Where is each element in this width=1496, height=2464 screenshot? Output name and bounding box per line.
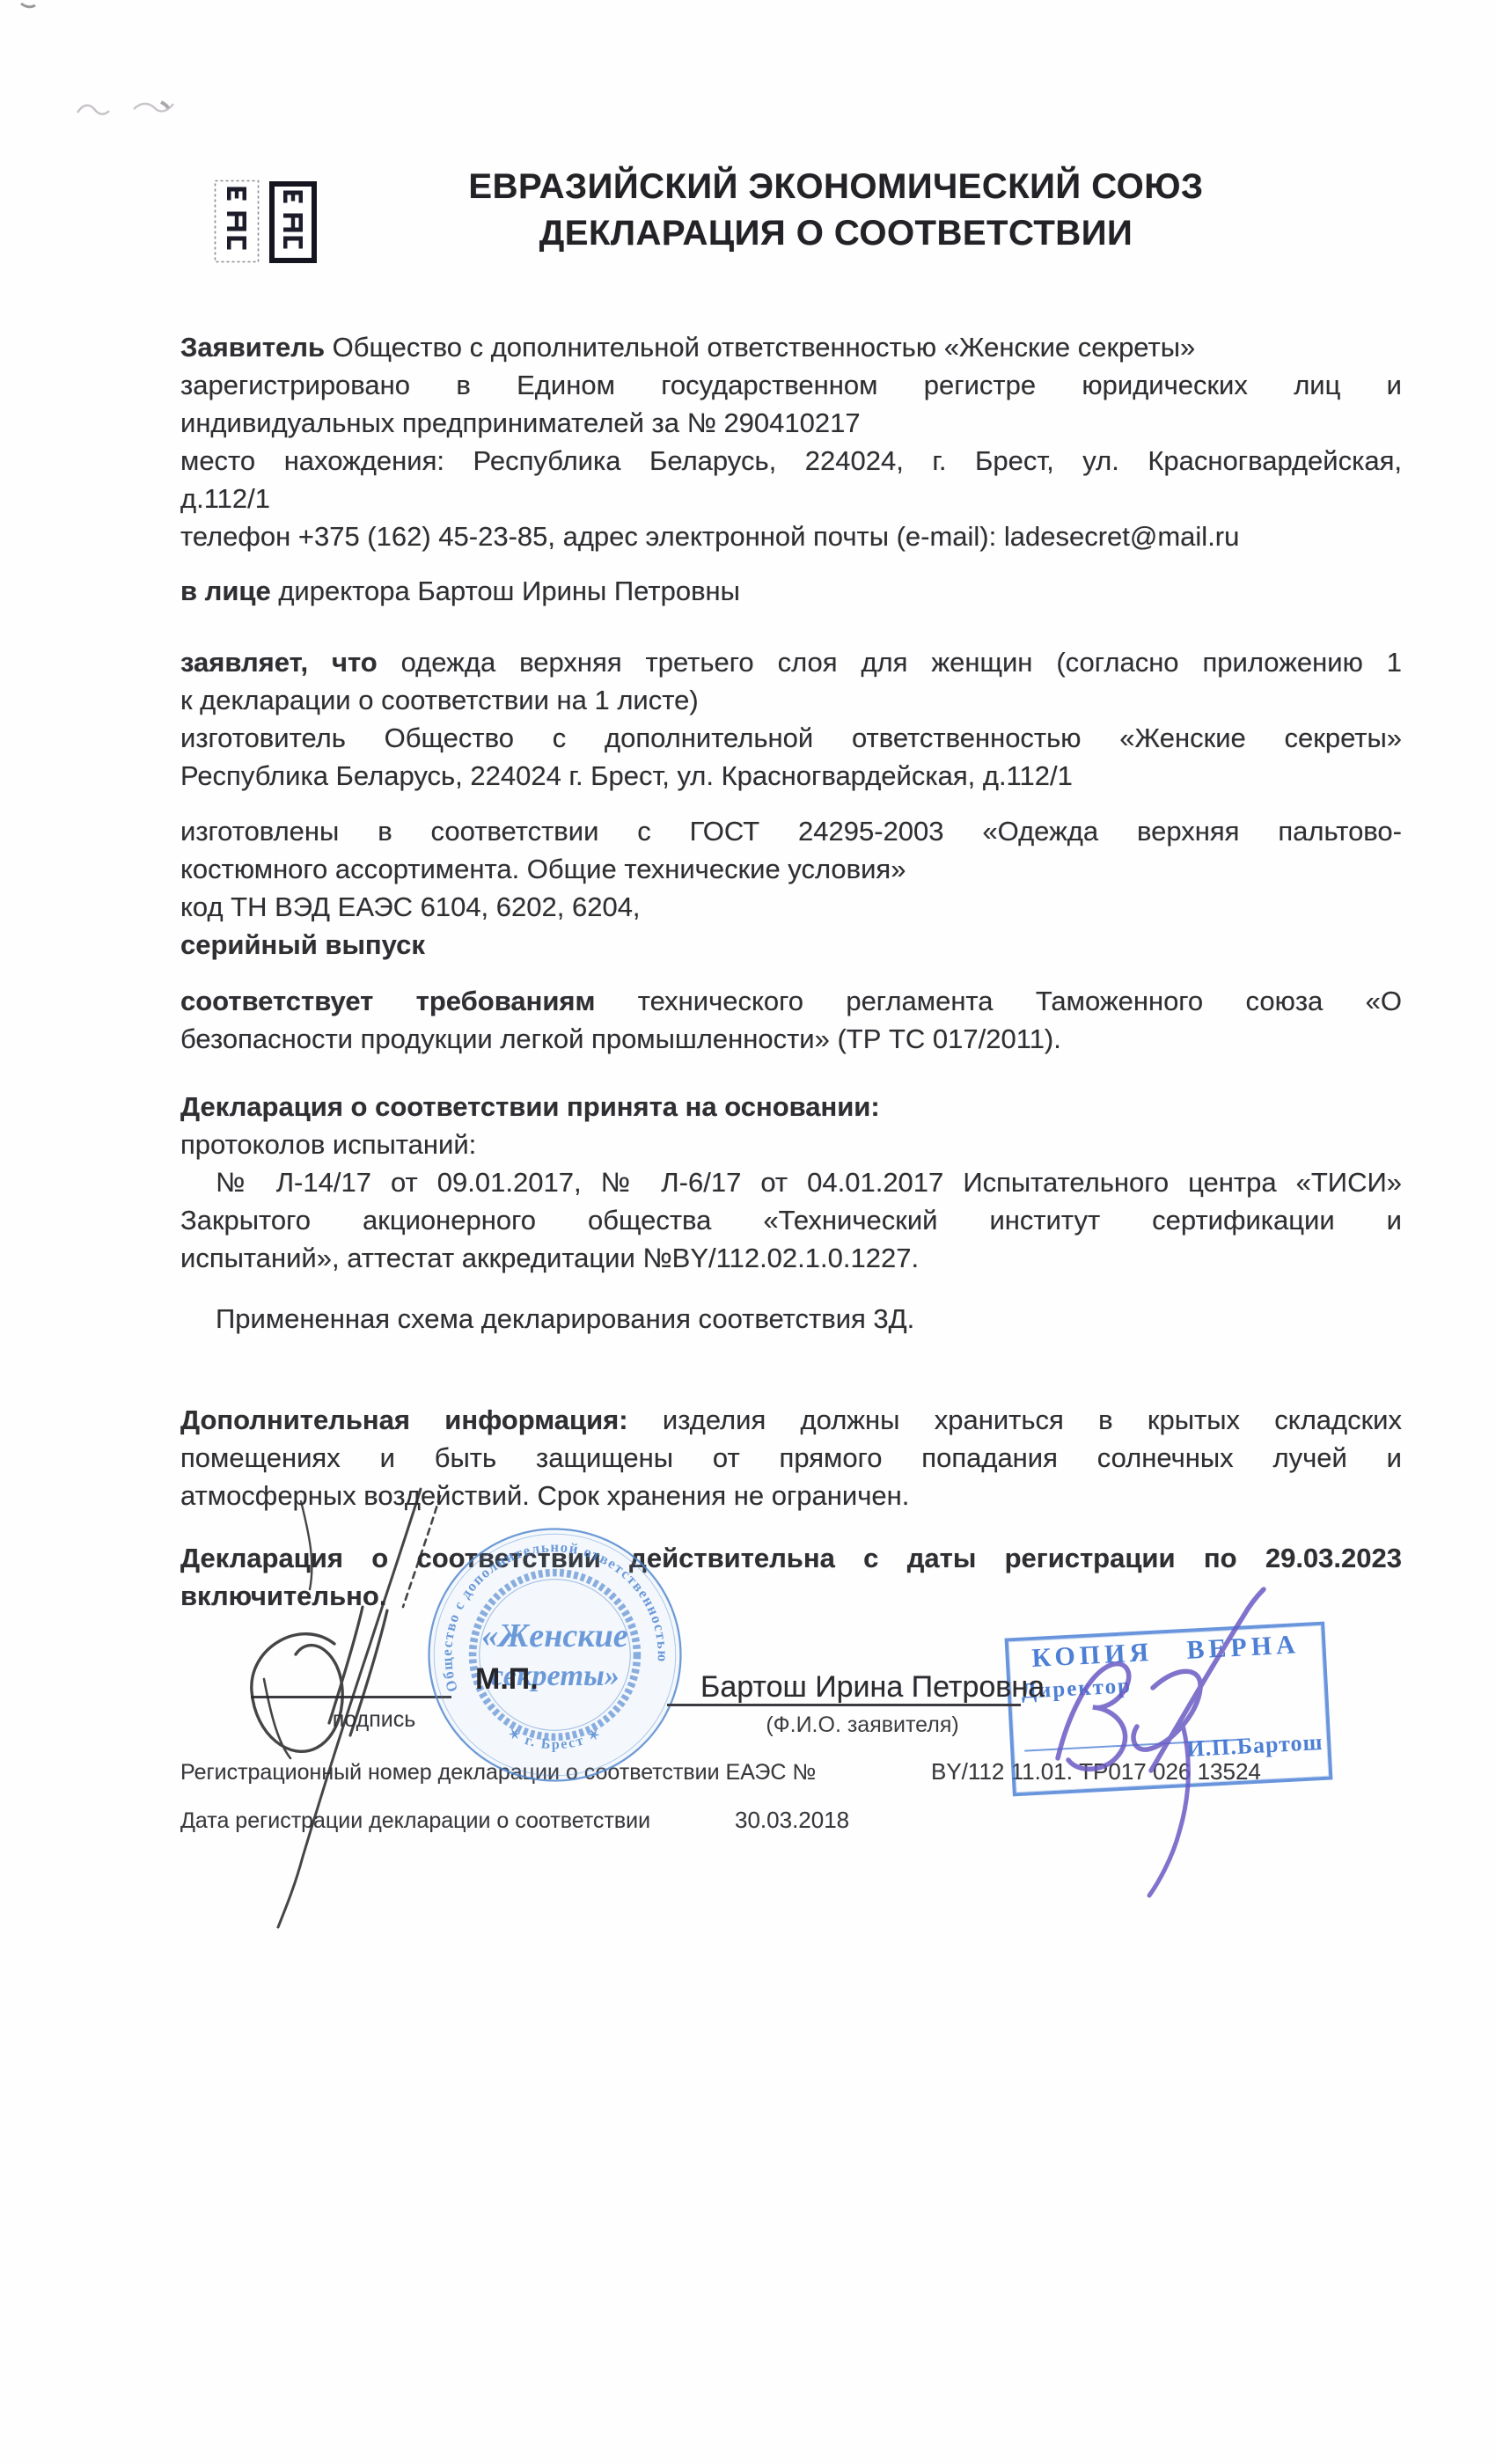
paragraph-line: изготовлены в соответствии с ГОСТ 24295-…	[180, 812, 1402, 850]
paragraph-line: д.112/1	[180, 480, 1402, 517]
paragraph-line: протоколов испытаний:	[180, 1126, 1402, 1163]
paragraph-line: испытаний», аттестат аккредитации №BY/11…	[180, 1239, 1402, 1277]
text-segment: одежда верхняя третьего слоя для женщин …	[401, 647, 1402, 678]
paragraph-line: место нахождения: Республика Беларусь, 2…	[180, 442, 1402, 480]
text-segment-bold: серийный выпуск	[180, 929, 425, 960]
paragraph-line: Дополнительная информация: изделия должн…	[180, 1401, 1402, 1439]
paragraph: Заявитель Общество с дополнительной отве…	[180, 328, 1402, 555]
text-segment: № Л-14/17 от 09.01.2017, № Л-6/17 от 04.…	[216, 1167, 1402, 1198]
text-segment: код ТН ВЭД ЕАЭС 6104, 6202, 6204,	[180, 891, 641, 922]
text-segment-bold: Декларация о соответствии принята на осн…	[180, 1091, 880, 1122]
paragraph: заявляет, что одежда верхняя третьего сл…	[180, 643, 1402, 795]
text-segment: д.112/1	[180, 483, 270, 514]
paragraph-line: телефон +375 (162) 45-23-85, адрес элект…	[180, 517, 1402, 555]
text-segment: индивидуальных предпринимателей за № 290…	[180, 407, 861, 438]
text-segment-bold: в лице	[180, 576, 278, 606]
paragraph-line: зарегистрировано в Едином государственно…	[180, 366, 1402, 404]
paragraph-line: Декларация о соответствии принята на осн…	[180, 1088, 1402, 1126]
text-segment: телефон +375 (162) 45-23-85, адрес элект…	[180, 521, 1239, 552]
text-segment: место нахождения: Республика Беларусь, 2…	[180, 445, 1402, 476]
paragraph-line: код ТН ВЭД ЕАЭС 6104, 6202, 6204,	[180, 888, 1402, 926]
text-segment: изготовитель Общество с дополнительной о…	[180, 722, 1402, 753]
text-segment: Закрытого акционерного общества «Техниче…	[180, 1205, 1402, 1236]
paragraph-line: № Л-14/17 от 09.01.2017, № Л-6/17 от 04.…	[180, 1163, 1402, 1201]
text-segment-bold: Заявитель	[180, 332, 333, 363]
text-segment: к декларации о соответствии на 1 листе)	[180, 685, 699, 715]
paragraph: в лице директора Бартош Ирины Петровны	[180, 572, 1402, 610]
text-segment: безопасности продукции легкой промышленн…	[180, 1023, 1061, 1054]
document-page: ЕВРАЗИЙСКИЙ ЭКОНОМИЧЕСКИЙ СОЮЗ ДЕКЛАРАЦИ…	[0, 0, 1496, 2464]
paragraph-line: индивидуальных предпринимателей за № 290…	[180, 404, 1402, 442]
paragraph: Примененная схема декларирования соответ…	[180, 1300, 1402, 1338]
text-segment: испытаний», аттестат аккредитации №BY/11…	[180, 1243, 919, 1273]
text-segment: технического регламента Таможенного союз…	[638, 986, 1402, 1016]
paragraph-line: заявляет, что одежда верхняя третьего сл…	[180, 643, 1402, 681]
text-segment: изготовлены в соответствии с ГОСТ 24295-…	[180, 816, 1402, 847]
handwritten-signature	[158, 1452, 528, 1945]
paragraph: соответствует требованиям технического р…	[180, 982, 1402, 1058]
paragraph-line: изготовитель Общество с дополнительной о…	[180, 719, 1402, 757]
text-segment: костюмного ассортимента. Общие техническ…	[180, 854, 906, 884]
paragraph: Декларация о соответствии принята на осн…	[180, 1088, 1402, 1277]
text-segment-bold: Дополнительная информация:	[180, 1404, 663, 1435]
text-segment: зарегистрировано в Едином государственно…	[180, 370, 1402, 400]
document-title: ЕВРАЗИЙСКИЙ ЭКОНОМИЧЕСКИЙ СОЮЗ ДЕКЛАРАЦИ…	[414, 164, 1258, 257]
text-segment: изделия должны храниться в крытых складс…	[663, 1404, 1402, 1435]
text-segment-bold: соответствует требованиям	[180, 986, 638, 1016]
paragraph-line: серийный выпуск	[180, 926, 1402, 964]
eac-mark-right-icon	[269, 181, 317, 263]
registration-date-value: 30.03.2018	[735, 1807, 849, 1834]
title-declaration: ДЕКЛАРАЦИЯ О СООТВЕТСТВИИ	[414, 210, 1258, 257]
text-segment: Общество с дополнительной ответственност…	[333, 332, 1196, 363]
paragraph-line: Примененная схема декларирования соответ…	[180, 1300, 1402, 1338]
text-segment: Примененная схема декларирования соответ…	[216, 1303, 914, 1334]
paragraph-line: в лице директора Бартош Ирины Петровны	[180, 572, 1402, 610]
scan-pencil-marks	[0, 0, 229, 141]
text-segment: протоколов испытаний:	[180, 1129, 476, 1160]
text-segment-bold: заявляет, что	[180, 647, 401, 678]
paragraph-line: безопасности продукции легкой промышленн…	[180, 1020, 1402, 1058]
paragraph: изготовлены в соответствии с ГОСТ 24295-…	[180, 812, 1402, 964]
paragraph-line: к декларации о соответствии на 1 листе)	[180, 681, 1402, 719]
text-segment: директора Бартош Ирины Петровны	[278, 576, 740, 606]
applicant-name: Бартош Ирина Петровна	[700, 1670, 1045, 1705]
paragraph-line: соответствует требованиям технического р…	[180, 982, 1402, 1020]
paragraph-line: Заявитель Общество с дополнительной отве…	[180, 328, 1402, 366]
director-signature	[1021, 1575, 1302, 1910]
title-union: ЕВРАЗИЙСКИЙ ЭКОНОМИЧЕСКИЙ СОЮЗ	[414, 164, 1258, 210]
eac-mark-left-icon	[214, 180, 260, 263]
paragraph-line: Закрытого акционерного общества «Техниче…	[180, 1201, 1402, 1239]
text-segment: Республика Беларусь, 224024 г. Брест, ул…	[180, 760, 1073, 791]
applicant-name-caption: (Ф.И.О. заявителя)	[748, 1712, 977, 1738]
paragraph-line: Республика Беларусь, 224024 г. Брест, ул…	[180, 757, 1402, 795]
paragraph-line: костюмного ассортимента. Общие техническ…	[180, 850, 1402, 888]
